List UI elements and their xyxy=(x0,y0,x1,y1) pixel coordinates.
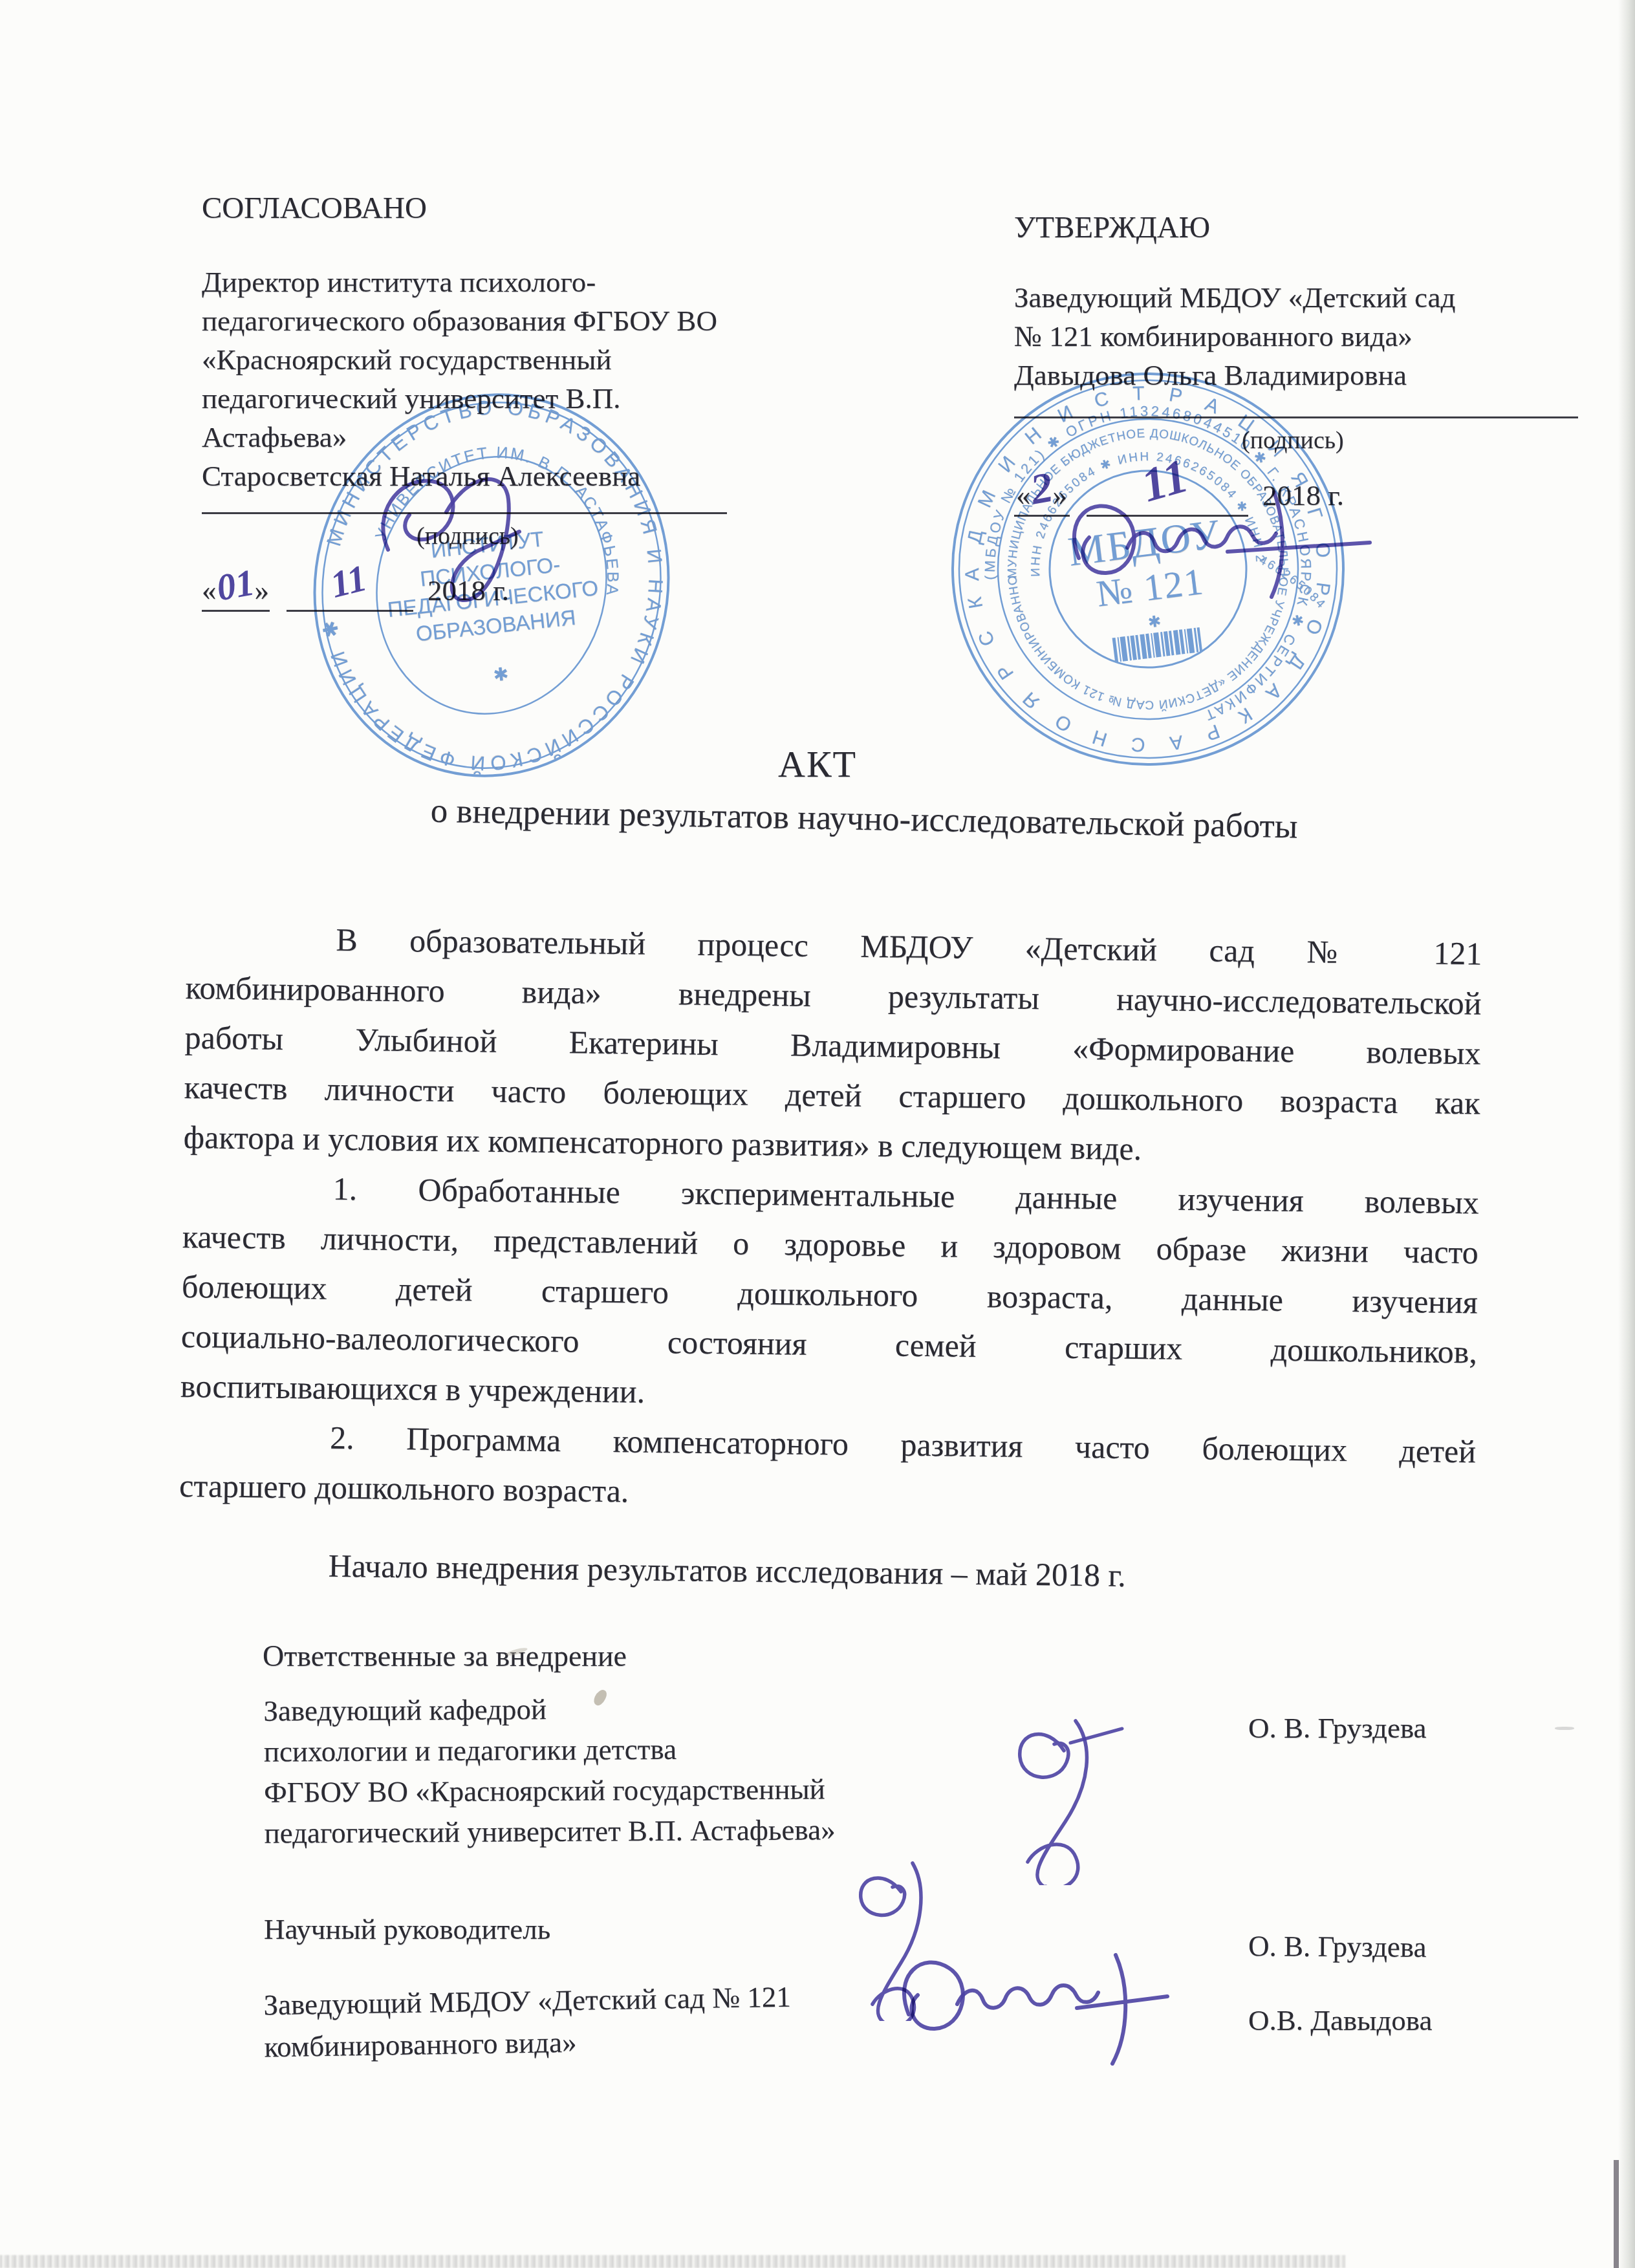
paragraph-item-2: 2. Программа компенсаторного развития ча… xyxy=(179,1411,1477,1526)
scan-corner-artifact xyxy=(1614,2160,1619,2268)
text-line: ФГБОУ ВО «Красноярский государственный xyxy=(264,1769,835,1813)
agreed-heading: СОГЛАСОВАНО xyxy=(202,189,727,228)
responsible-name-gruzdeva-1: О. В. Груздева xyxy=(1248,1711,1427,1745)
responsible-name-gruzdeva-2: О. В. Груздева xyxy=(1248,1929,1427,1964)
document-subtitle: о внедрении результатов научно-исследова… xyxy=(47,784,1635,853)
responsible-heading: Ответственные за внедрение xyxy=(263,1639,627,1673)
scan-bottom-artifact xyxy=(0,2255,1345,2268)
text-line: комбинированного вида» xyxy=(264,2018,792,2069)
main-text: В образовательный процесс МБДОУ «Детский… xyxy=(178,913,1482,1604)
text-line: Заведующий МБДОУ «Детский сад xyxy=(1014,278,1578,317)
text-line: Заведующий МБДОУ «Детский сад № 121 xyxy=(263,1976,791,2027)
implementation-start-line: Начало внедрения результатов исследовани… xyxy=(178,1539,1475,1604)
paragraph-item-1: 1. Обработанные экспериментальные данные… xyxy=(180,1162,1480,1427)
text-line: Научный руководитель xyxy=(264,1909,550,1950)
starosvetskaya-signature xyxy=(352,453,631,614)
date-day-underline: «01» xyxy=(202,568,270,612)
davydova-signature-top xyxy=(1034,475,1396,624)
quote-open: « xyxy=(202,574,217,607)
responsible-role-kafedra: Заведующий кафедройпсихологии и педагоги… xyxy=(263,1687,836,1853)
responsible-role-supervisor: Научный руководитель xyxy=(264,1909,550,1950)
document-title: АКТ xyxy=(0,742,1635,786)
scan-edge-shadow xyxy=(1618,0,1635,2268)
gruzdeva-signature-1 xyxy=(973,1704,1167,1885)
davydova-signature-bottom xyxy=(863,1937,1251,2076)
responsible-name-davydova: О.В. Давыдова xyxy=(1248,2003,1432,2037)
stamp-star: ✱ xyxy=(492,664,510,685)
approve-heading: УТВЕРЖДАЮ xyxy=(1014,208,1578,247)
text-line: Заведующий кафедрой xyxy=(263,1687,834,1731)
text-line: педагогического образования ФГБОУ ВО xyxy=(202,301,727,340)
text-line: Директор института психолого- xyxy=(202,263,727,301)
handwritten-day: 01 xyxy=(213,563,257,607)
text-line: педагогический университет В.П. Астафьев… xyxy=(264,1809,835,1853)
paper-speck xyxy=(1555,1727,1574,1730)
paragraph-intro: В образовательный процесс МБДОУ «Детский… xyxy=(183,913,1482,1178)
responsible-role-zaveduyushchiy: Заведующий МБДОУ «Детский сад № 121комби… xyxy=(263,1976,792,2069)
text-line: психологии и педагогики детства xyxy=(264,1728,835,1772)
scanned-act-document: СОГЛАСОВАНО Директор института психолого… xyxy=(0,0,1635,2268)
